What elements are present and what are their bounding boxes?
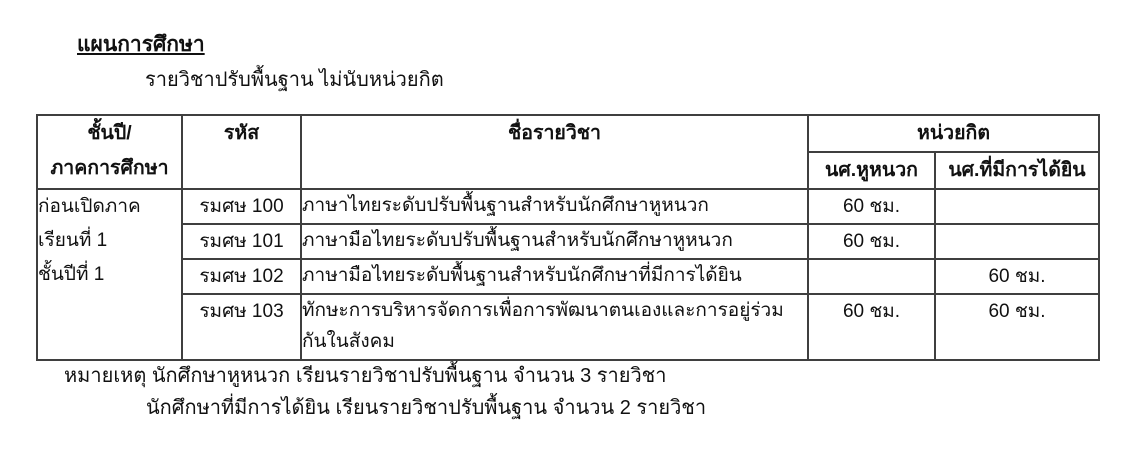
cell-code: รมศษ 103 [182,294,301,360]
course-table: ชั้นปี/ ภาคการศึกษา รหัส ชื่อรายวิชา หน่… [36,114,1100,361]
cell-code: รมศษ 100 [182,189,301,224]
header-year-term-line1: ชั้นปี/ [87,122,131,144]
cell-hearing-hours [935,189,1099,224]
header-credits: หน่วยกิต [808,115,1099,152]
header-course-name: ชื่อรายวิชา [301,115,808,189]
header-year-term-line2: ภาคการศึกษา [50,157,168,179]
cell-code: รมศษ 102 [182,259,301,294]
cell-hearing-hours: 60 ชม. [935,294,1099,360]
cell-course-name: ทักษะการบริหารจัดการเพื่อการพัฒนาตนเองแล… [301,294,808,360]
cell-code: รมศษ 101 [182,224,301,259]
header-year-term: ชั้นปี/ ภาคการศึกษา [37,115,182,189]
table-row: รมศษ 103 ทักษะการบริหารจัดการเพื่อการพัฒ… [37,294,1099,360]
cell-deaf-hours: 60 ชม. [808,294,935,360]
cell-course-name: ภาษามือไทยระดับปรับพื้นฐานสำหรับนักศึกษา… [301,224,808,259]
table-header-row-1: ชั้นปี/ ภาคการศึกษา รหัส ชื่อรายวิชา หน่… [37,115,1099,152]
term-line3: ชั้นปีที่ 1 [38,264,104,285]
header-deaf-students: นศ.หูหนวก [808,152,935,189]
cell-deaf-hours: 60 ชม. [808,189,935,224]
header-code: รหัส [182,115,301,189]
cell-hearing-hours: 60 ชม. [935,259,1099,294]
page-title: แผนการศึกษา [77,28,205,61]
cell-deaf-hours: 60 ชม. [808,224,935,259]
cell-course-name: ภาษาไทยระดับปรับพื้นฐานสำหรับนักศึกษาหูห… [301,189,808,224]
term-line1: ก่อนเปิดภาค [38,196,141,217]
document-page: แผนการศึกษา รายวิชาปรับพื้นฐาน ไม่นับหน่… [0,0,1130,461]
cell-deaf-hours [808,259,935,294]
note-hearing-students: นักศึกษาที่มีการได้ยิน เรียนรายวิชาปรับพ… [146,391,706,423]
header-hearing-students: นศ.ที่มีการได้ยิน [935,152,1099,189]
table-row: รมศษ 102 ภาษามือไทยระดับพื้นฐานสำหรับนัก… [37,259,1099,294]
term-line2: เรียนที่ 1 [38,230,107,251]
table-row: ก่อนเปิดภาค เรียนที่ 1 ชั้นปีที่ 1 รมศษ … [37,189,1099,224]
cell-hearing-hours [935,224,1099,259]
note-deaf-students: หมายเหตุ นักศึกษาหูหนวก เรียนรายวิชาปรับ… [64,359,666,391]
page-subtitle: รายวิชาปรับพื้นฐาน ไม่นับหน่วยกิต [145,63,444,95]
table-row: รมศษ 101 ภาษามือไทยระดับปรับพื้นฐานสำหรั… [37,224,1099,259]
cell-course-name: ภาษามือไทยระดับพื้นฐานสำหรับนักศึกษาที่ม… [301,259,808,294]
cell-year-term: ก่อนเปิดภาค เรียนที่ 1 ชั้นปีที่ 1 [37,189,182,360]
